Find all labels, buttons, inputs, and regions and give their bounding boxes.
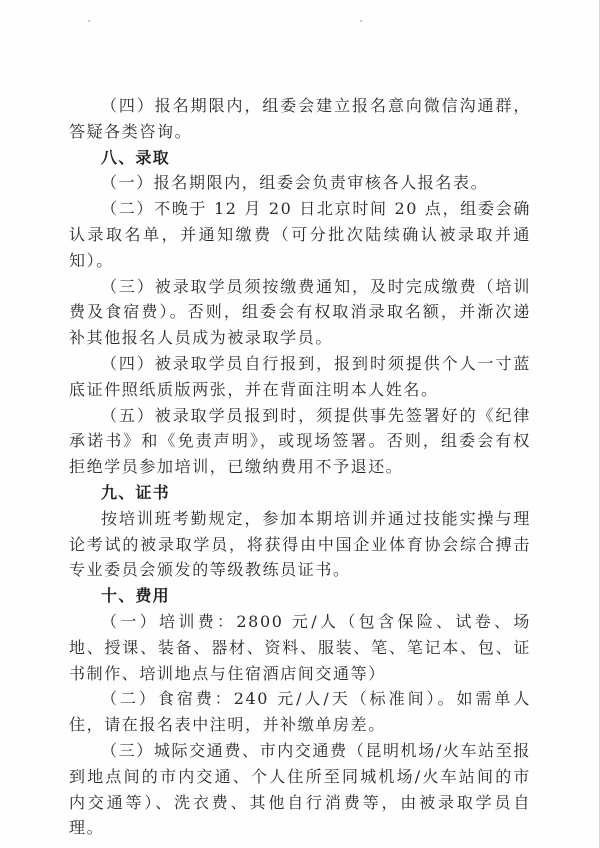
paragraph-admission-deadline: （二）不晚于 12 月 20 日北京时间 20 点，组委会确认录取名单，并通知缴… bbox=[69, 196, 531, 273]
section-heading-fees: 十、费用 bbox=[69, 583, 531, 609]
paragraph-admission-check-in: （四）被录取学员自行报到，报到时须提供个人一寸蓝底证件照纸质版两张，并在背面注明… bbox=[69, 351, 531, 403]
paragraph-fee-training: （一）培训费：2800 元/人（包含保险、试卷、场地、授课、装备、器材、资料、服… bbox=[69, 609, 531, 686]
document-body: （四）报名期限内，组委会建立报名意向微信沟通群，答疑各类咨询。 八、录取 （一）… bbox=[69, 93, 531, 841]
scan-artifact bbox=[88, 20, 90, 22]
paragraph-fee-accommodation: （二）食宿费：240 元/人/天（标准间）。如需单人住，请在报名表中注明，并补缴… bbox=[69, 686, 531, 738]
paragraph-admission-documents: （五）被录取学员报到时，须提供事先签署好的《纪律承诺书》和《免责声明》，或现场签… bbox=[69, 403, 531, 480]
paragraph-fee-transport: （三）城际交通费、市内交通费（昆明机场/火车站至报到地点间的市内交通、个人住所至… bbox=[69, 738, 531, 841]
section-heading-admission: 八、录取 bbox=[69, 145, 531, 171]
paragraph-admission-payment: （三）被录取学员须按缴费通知，及时完成缴费（培训费及食宿费）。否则，组委会有权取… bbox=[69, 274, 531, 351]
paragraph-registration-wechat-group: （四）报名期限内，组委会建立报名意向微信沟通群，答疑各类咨询。 bbox=[69, 93, 531, 145]
scan-artifact bbox=[360, 20, 362, 22]
paragraph-certificate: 按培训班考勤规定，参加本期培训并通过技能实操与理论考试的被录取学员，将获得由中国… bbox=[69, 506, 531, 583]
section-heading-certificate: 九、证书 bbox=[69, 480, 531, 506]
document-page: （四）报名期限内，组委会建立报名意向微信沟通群，答疑各类咨询。 八、录取 （一）… bbox=[0, 0, 600, 848]
paragraph-admission-review: （一）报名期限内，组委会负责审核各人报名表。 bbox=[69, 170, 531, 196]
